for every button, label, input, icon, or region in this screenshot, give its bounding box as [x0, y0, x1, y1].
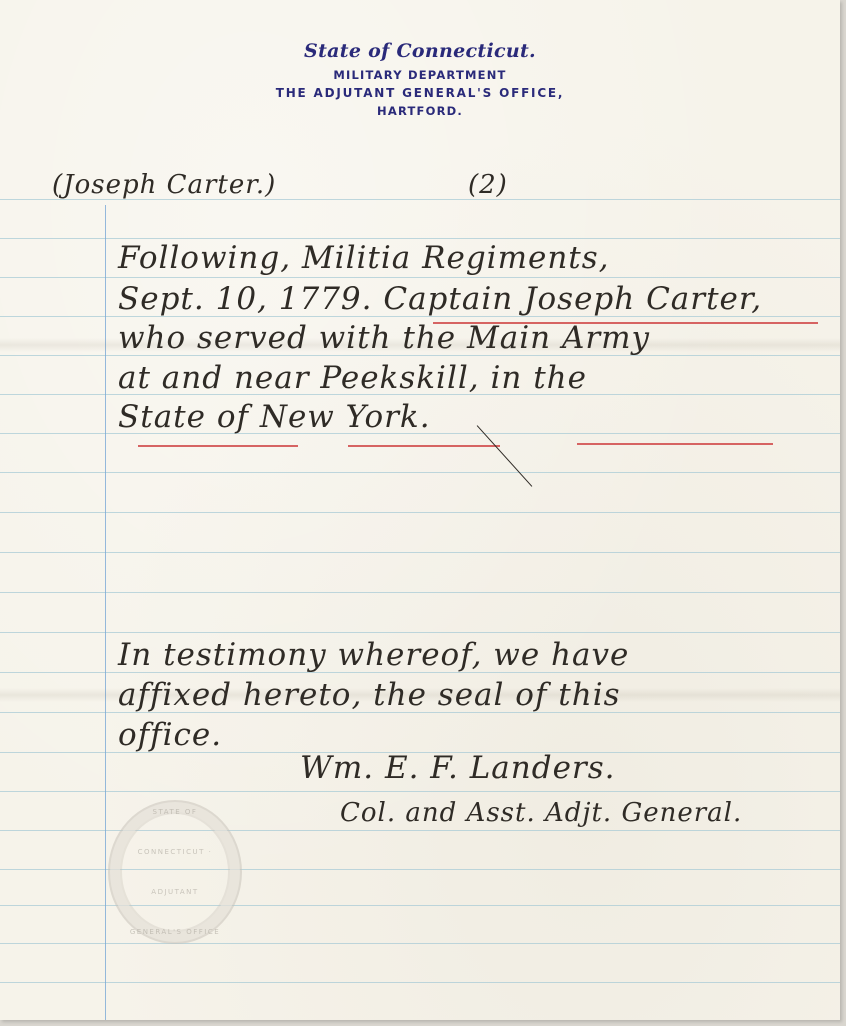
- letter-page: State of Connecticut. MILITARY DEPARTMEN…: [0, 0, 840, 1020]
- seal-text: STATE OF CONNECTICUT · ADJUTANT GENERAL'…: [125, 792, 225, 952]
- header-name: (Joseph Carter.): [52, 170, 276, 200]
- closing-line: office.: [118, 717, 222, 753]
- body-line: State of New York.: [118, 399, 431, 435]
- closing-line: In testimony whereof, we have: [118, 637, 629, 673]
- underline-state: [138, 445, 298, 447]
- margin-line: [105, 205, 106, 1020]
- body-line: Following, Militia Regiments,: [118, 240, 610, 276]
- signature-title: Col. and Asst. Adjt. General.: [340, 798, 742, 828]
- letterhead-city: HARTFORD.: [0, 102, 840, 120]
- letterhead-department: MILITARY DEPARTMENT: [0, 66, 840, 84]
- body-line: at and near Peekskill, in the: [118, 360, 587, 396]
- page-marker: (2): [468, 170, 508, 200]
- ruled-line: [0, 277, 840, 278]
- ruled-line: [0, 552, 840, 553]
- ruled-line: [0, 632, 840, 633]
- ruled-line: [0, 592, 840, 593]
- ruled-line: [0, 512, 840, 513]
- ruled-line: [0, 472, 840, 473]
- ruled-line: [0, 982, 840, 983]
- underline-new-york: [348, 445, 500, 447]
- closing-line: affixed hereto, the seal of this: [118, 677, 621, 713]
- letterhead: State of Connecticut. MILITARY DEPARTMEN…: [0, 40, 840, 120]
- ruled-line: [0, 238, 840, 239]
- letterhead-title: State of Connecticut.: [0, 40, 840, 62]
- pen-flourish: [477, 425, 533, 487]
- underline-blank: [577, 443, 773, 445]
- underline-captain-joseph-carter: [433, 322, 818, 324]
- body-line: Sept. 10, 1779. Captain Joseph Carter,: [118, 281, 762, 317]
- signature-name: Wm. E. F. Landers.: [300, 750, 616, 786]
- embossed-seal-icon: STATE OF CONNECTICUT · ADJUTANT GENERAL'…: [108, 800, 242, 944]
- letterhead-office: THE ADJUTANT GENERAL'S OFFICE,: [0, 84, 840, 102]
- body-line: who served with the Main Army: [118, 320, 650, 356]
